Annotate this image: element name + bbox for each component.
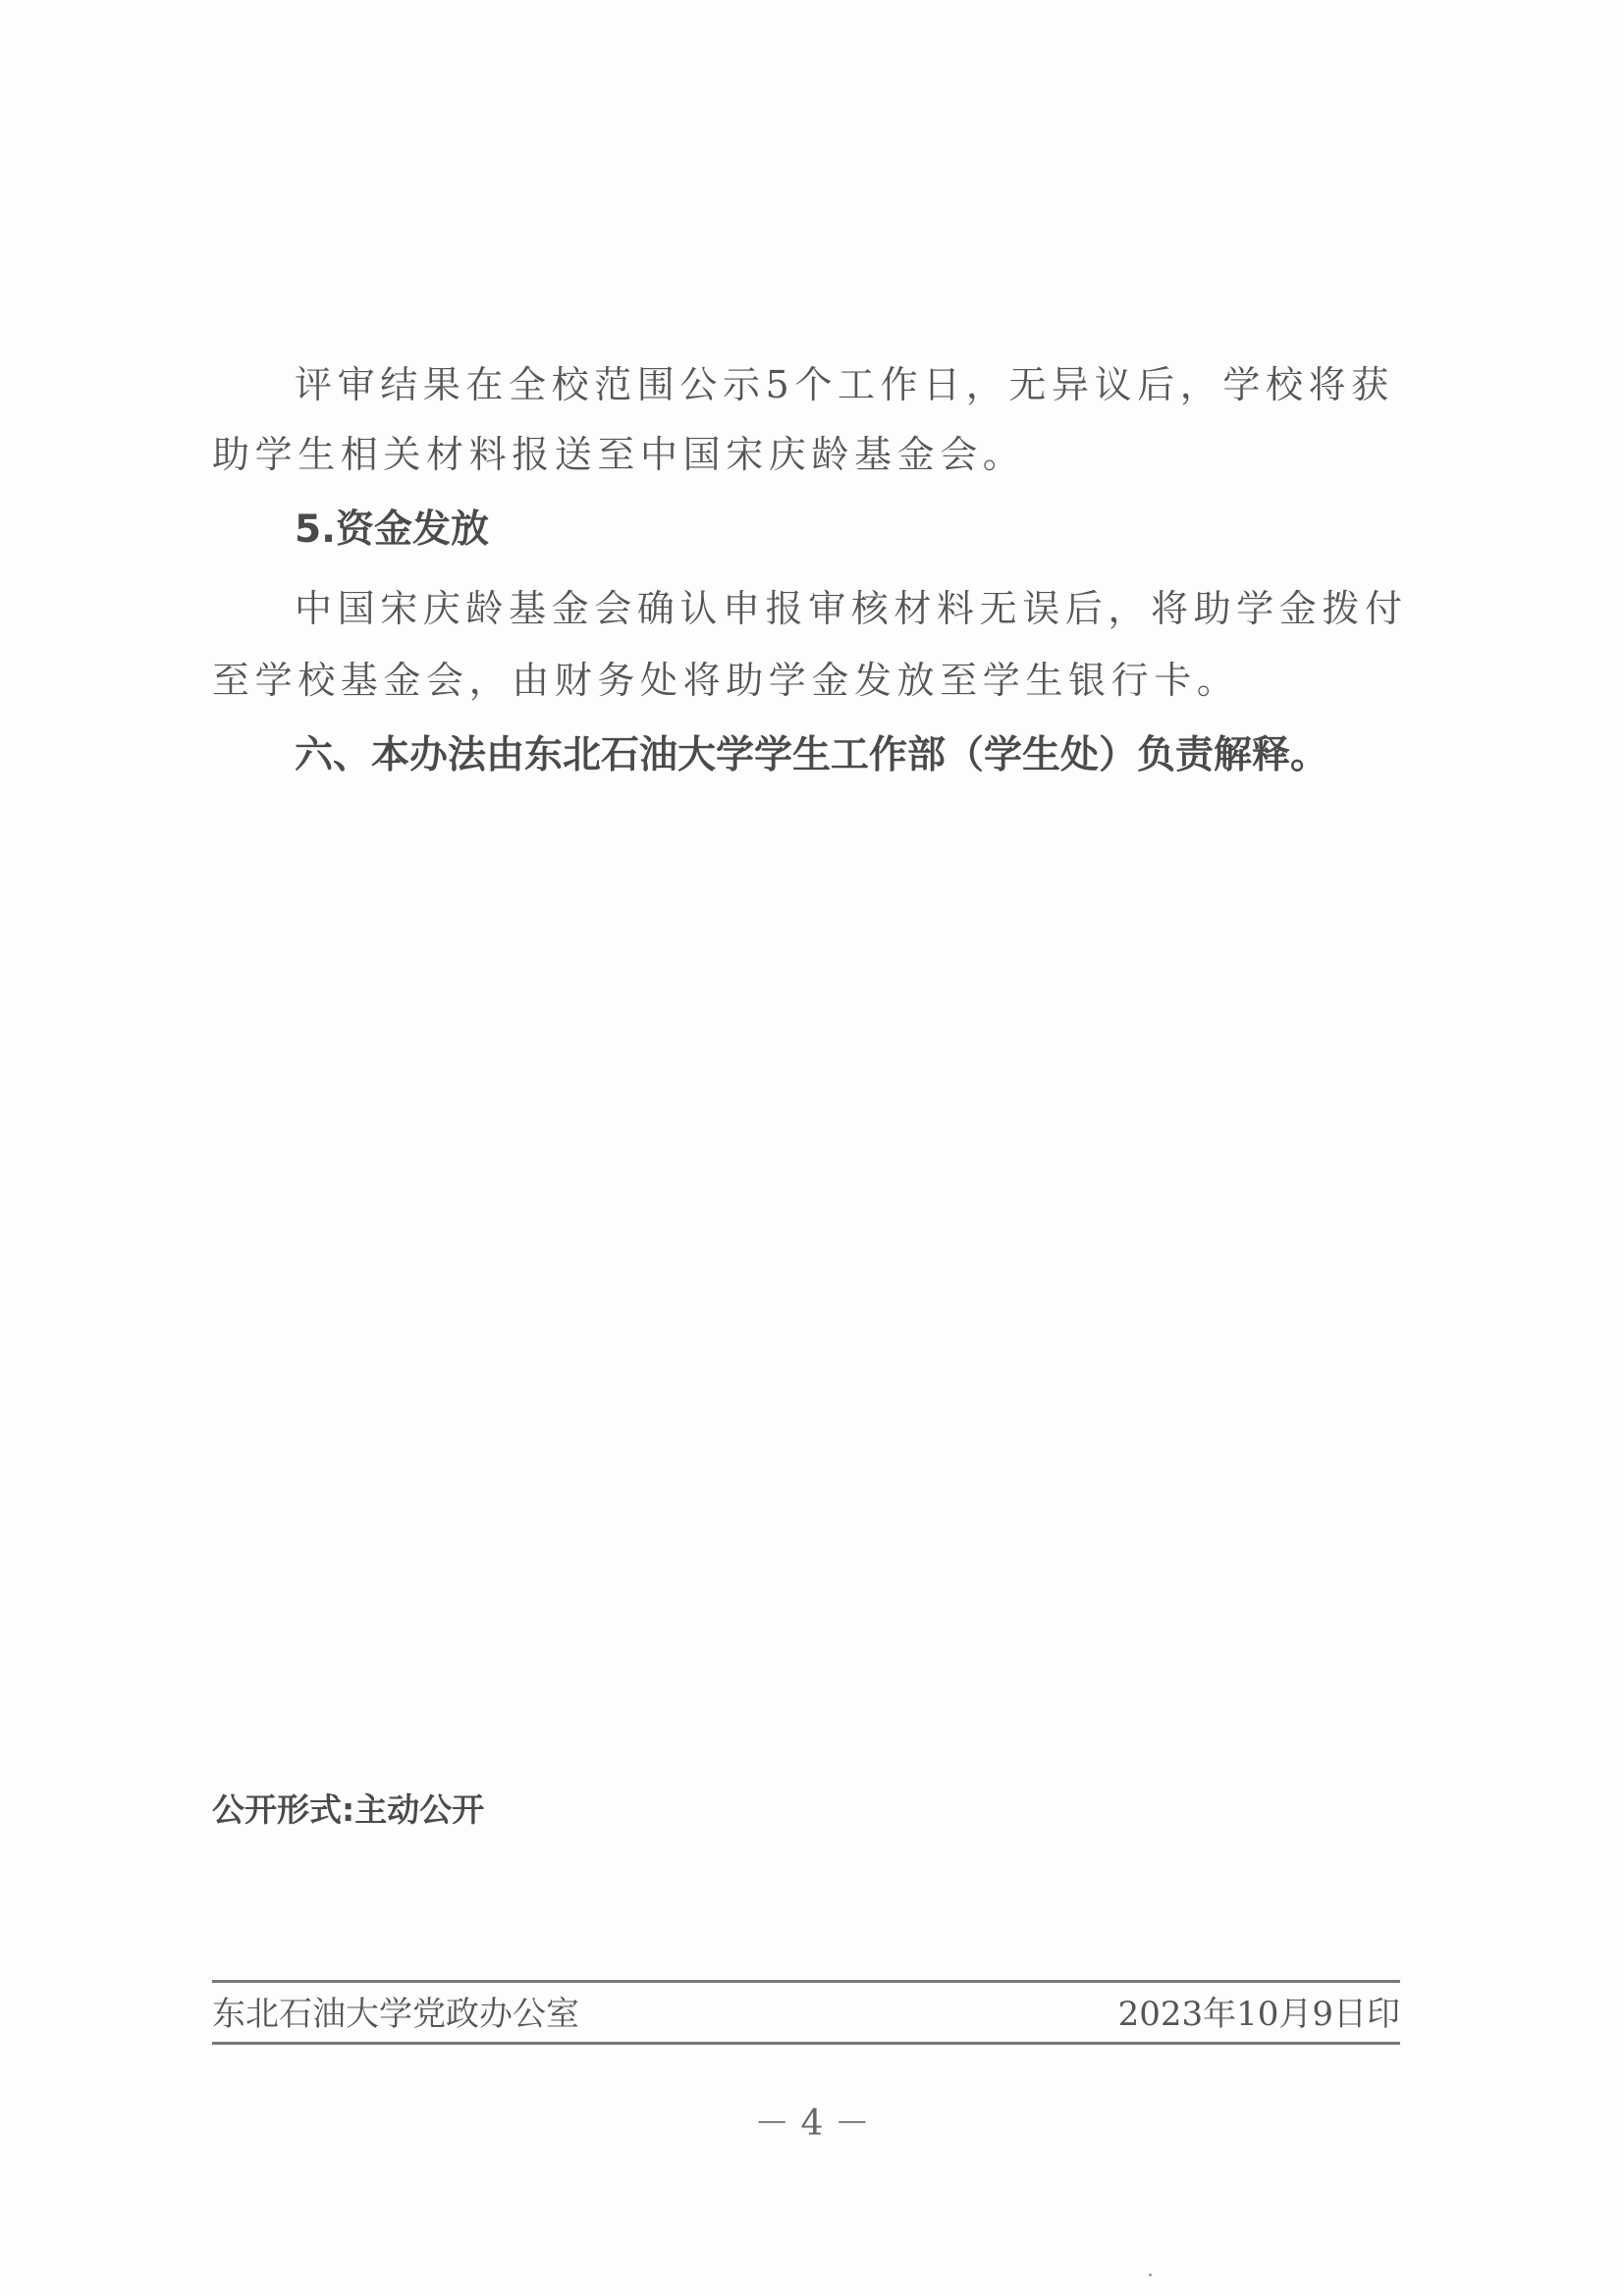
footer-bottom-rule — [212, 2042, 1400, 2045]
issuer-name: 东北石油大学党政办公室 — [212, 1987, 579, 2035]
paragraph-line: 至学校基金会，由财务处将助学金发放至学生银行卡。 — [212, 656, 1400, 705]
scan-speck — [1149, 2273, 1152, 2276]
disclosure-label: 公开形式:主动公开 — [212, 1785, 484, 1831]
section-heading: 5.资金发放 — [295, 506, 1483, 555]
paragraph-line: 评审结果在全校范围公示5个工作日，无异议后，学校将获 — [295, 360, 1483, 409]
footer-top-rule — [212, 1980, 1400, 1983]
page-number: － 4 － — [0, 2096, 1624, 2146]
print-date: 2023年10月9日印 — [1118, 1987, 1400, 2035]
document-page: 评审结果在全校范围公示5个工作日，无异议后，学校将获 助学生相关材料报送至中国宋… — [0, 0, 1624, 2296]
paragraph-line: 中国宋庆龄基金会确认申报审核材料无误后，将助学金拨付 — [295, 584, 1483, 633]
paragraph-line: 助学生相关材料报送至中国宋庆龄基金会。 — [212, 430, 1400, 479]
article-heading: 六、本办法由东北石油大学学生工作部（学生处）负责解释。 — [295, 731, 1483, 780]
